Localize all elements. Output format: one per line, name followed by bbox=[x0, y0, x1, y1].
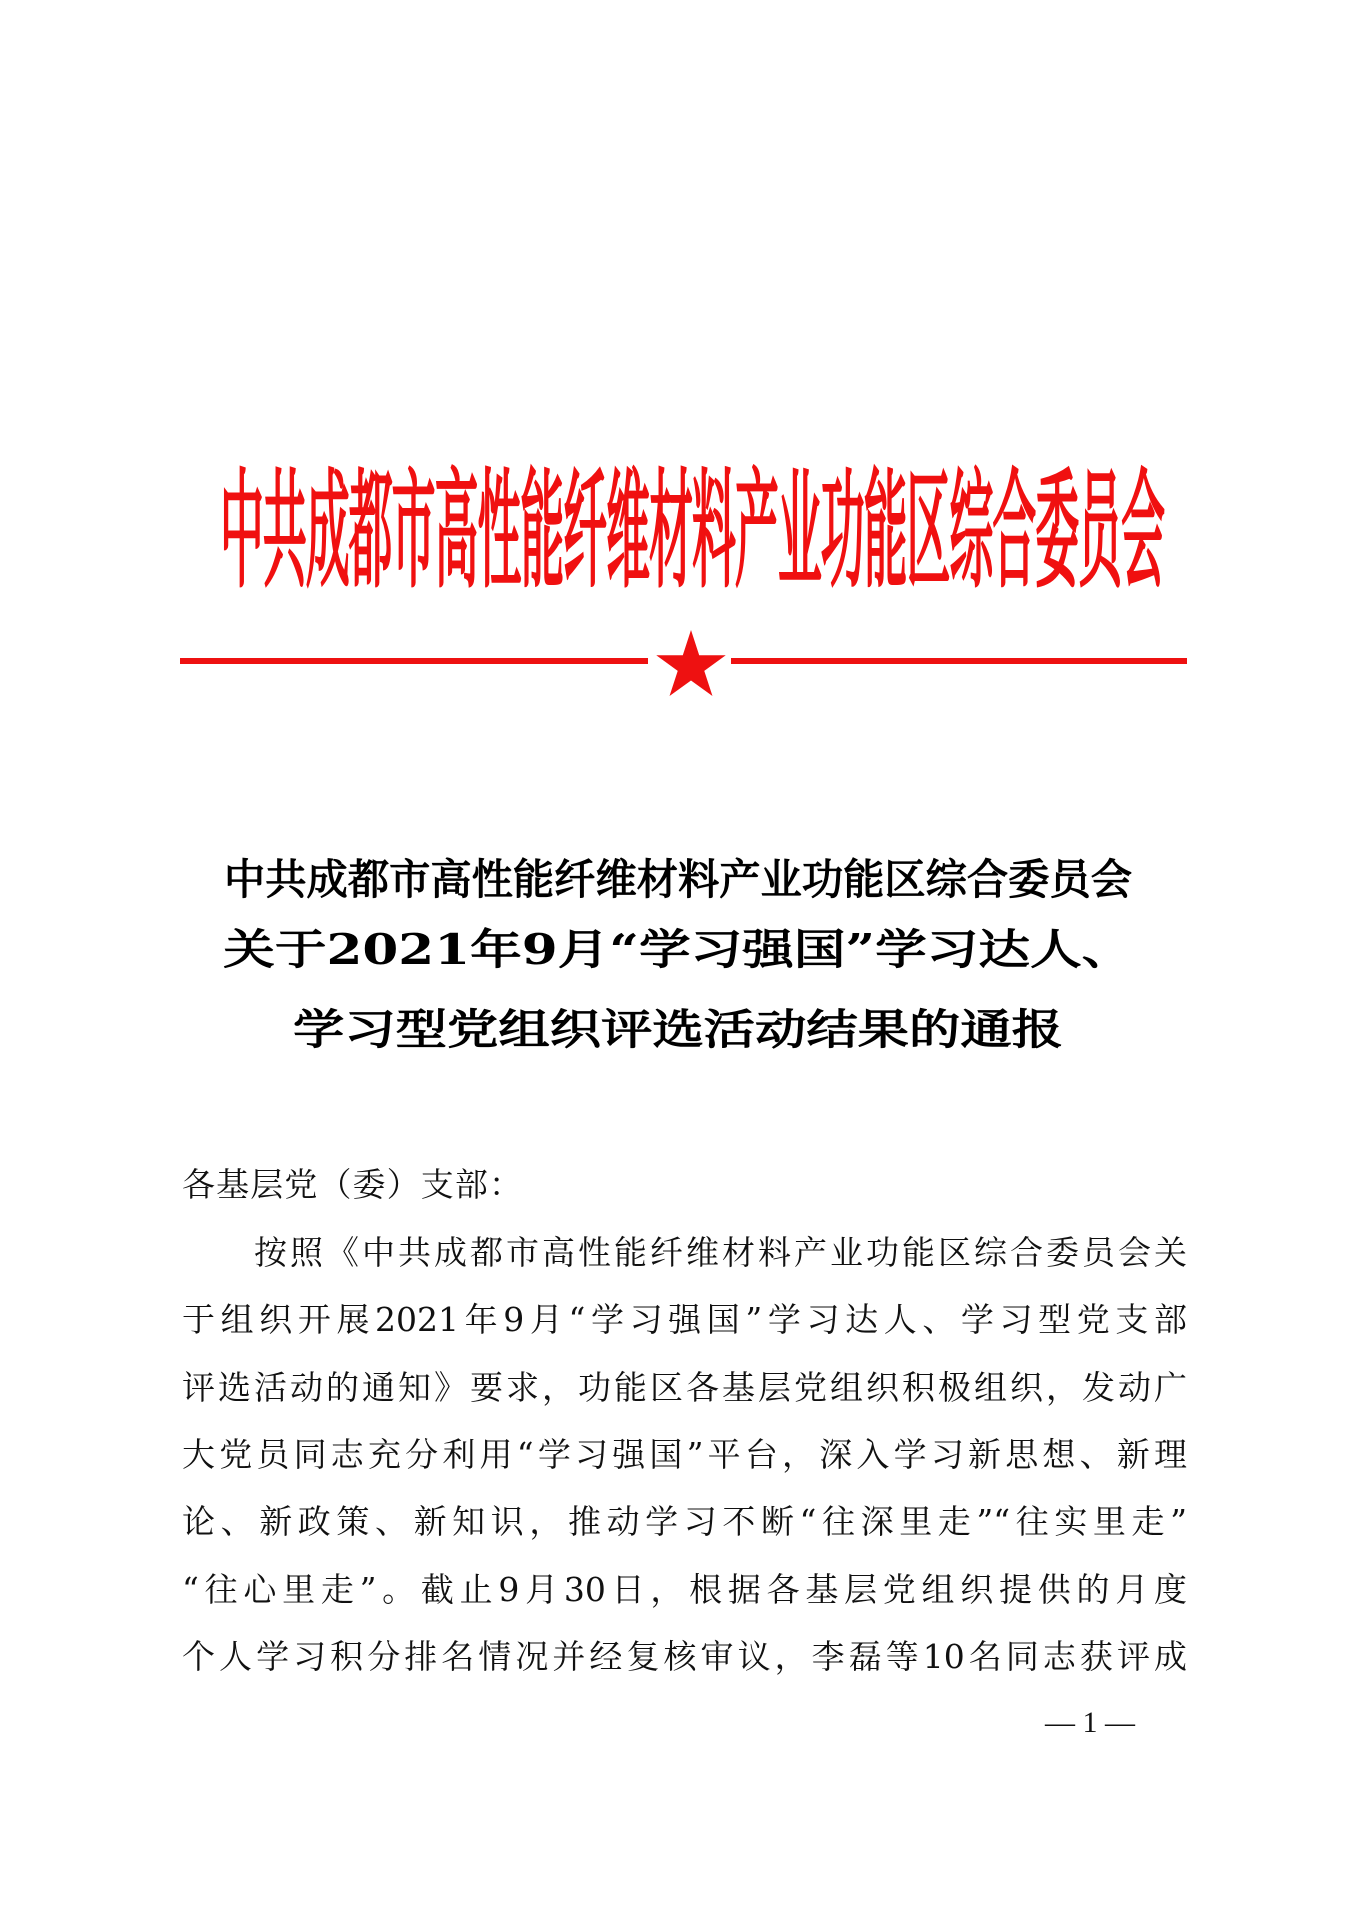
page-number: — 1 — bbox=[1030, 1703, 1150, 1743]
document-title-line-3: 学习型党组织评选活动结果的通报 bbox=[0, 1002, 1357, 1058]
issuer-red-header-text: 中共成都市高性能纤维材料产业功能区综合委员会 bbox=[220, 431, 1164, 628]
red-divider-left bbox=[180, 658, 648, 664]
issuer-red-header: 中共成都市高性能纤维材料产业功能区综合委员会 bbox=[220, 462, 1164, 598]
star-icon bbox=[656, 630, 726, 696]
body-line-7: 个人学习积分排名情况并经复核审议，李磊等10名同志获评成 bbox=[182, 1635, 1187, 1679]
salutation: 各基层党（委）支部： bbox=[182, 1163, 522, 1207]
body-line-5: 论、新政策、新知识，推动学习不断“往深里走”“往实里走” bbox=[182, 1500, 1187, 1544]
title-line-2-text: 关于2021年9月“学习强国”学习达人、 bbox=[224, 922, 1134, 978]
document-title-line-2: 关于2021年9月“学习强国”学习达人、 bbox=[0, 922, 1357, 978]
document-page: 中共成都市高性能纤维材料产业功能区综合委员会 中共成都市高性能纤维材料产业功能区… bbox=[0, 0, 1357, 1920]
red-divider-right bbox=[731, 658, 1187, 664]
title-line-1-text: 中共成都市高性能纤维材料产业功能区综合委员会 bbox=[224, 852, 1132, 908]
title-line-3-text: 学习型党组织评选活动结果的通报 bbox=[293, 1002, 1063, 1058]
body-line-6: “往心里走”。截止9月30日，根据各基层党组织提供的月度 bbox=[182, 1568, 1187, 1612]
body-line-2: 于组织开展2021年9月“学习强国”学习达人、学习型党支部 bbox=[182, 1298, 1187, 1342]
body-line-1: 按照《中共成都市高性能纤维材料产业功能区综合委员会关 bbox=[254, 1231, 1187, 1275]
body-line-3: 评选活动的通知》要求，功能区各基层党组织积极组织，发动广 bbox=[182, 1366, 1187, 1410]
body-line-4: 大党员同志充分利用“学习强国”平台，深入学习新思想、新理 bbox=[182, 1433, 1187, 1477]
document-title-line-1: 中共成都市高性能纤维材料产业功能区综合委员会 bbox=[0, 852, 1357, 908]
